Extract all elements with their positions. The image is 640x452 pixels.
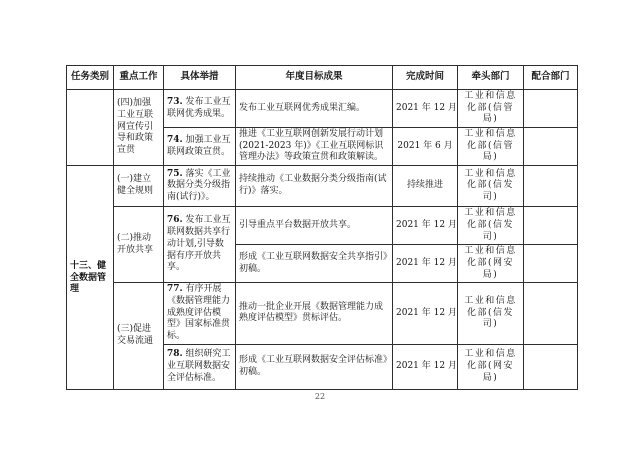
measure-number: 73. [167,97,183,107]
table-row: (三)促进交易流通 77. 有序开展《数据管理能力成熟度评估模型》国家标准贯标。… [67,283,578,344]
deadline-cell: 2021 年 12 月 [393,245,458,283]
target-cell: 推动一批企业开展《数据管理能力成熟度评估模型》贯标评估。 [236,283,393,344]
header-category: 任务类别 [67,66,114,90]
measure-cell: 77. 有序开展《数据管理能力成熟度评估模型》国家标准贯标。 [164,283,236,344]
header-support: 配合部门 [524,66,578,90]
task-plan-table: 任务类别 重点工作 具体举措 年度目标成果 完成时间 牵头部门 配合部门 (四)… [66,65,578,390]
lead-dept-cell: 工业和信息化部(信管局) [458,90,524,128]
support-dept-cell [524,207,578,245]
measure-cell: 75. 落实《工业数据分类分级指南(试行)》。 [164,166,236,207]
target-cell: 持续推动《工业数据分类分级指南(试行)》落实。 [236,166,393,207]
work-cell: (二)推动开放共享 [114,207,164,283]
table-row: (二)推动开放共享 76. 发布工业互联网数据共享行动计划,引导数据有序开放共享… [67,207,578,245]
table-row: (四)加强工业互联网宣传引导和政策宣贯 73. 发布工业互联网优秀成果。 发布工… [67,90,578,128]
category-cell-empty [67,90,114,166]
support-dept-cell [524,283,578,344]
measure-cell: 78. 组织研究工业互联网数据安全评估标准。 [164,344,236,389]
deadline-cell: 2021 年 6 月 [393,128,458,166]
measure-number: 78. [167,349,183,359]
lead-dept-cell: 工业和信息化部(信管局) [458,128,524,166]
target-cell: 形成《工业互联网数据安全评估标准》初稿。 [236,344,393,389]
page-number: 22 [0,392,640,401]
category-cell: 十三、健全数据管理 [67,166,114,390]
lead-dept-cell: 工业和信息化部(信发司) [458,283,524,344]
support-dept-cell [524,128,578,166]
measure-number: 75. [167,169,183,179]
target-cell: 形成《工业互联网数据安全共享指引》初稿。 [236,245,393,283]
target-cell: 引导重点平台数据开放共享。 [236,207,393,245]
deadline-cell: 2021 年 12 月 [393,344,458,389]
support-dept-cell [524,166,578,207]
support-dept-cell [524,245,578,283]
measure-number: 76. [167,215,183,225]
header-target: 年度目标成果 [236,66,393,90]
deadline-cell: 2021 年 12 月 [393,90,458,128]
measure-number: 77. [167,284,183,294]
measure-cell: 74. 加强工业互联网政策宣贯。 [164,128,236,166]
target-cell: 推进《工业互联网创新发展行动计划(2021-2023 年)》《工业互联网标识管理… [236,128,393,166]
deadline-cell: 2021 年 12 月 [393,283,458,344]
header-work: 重点工作 [114,66,164,90]
lead-dept-cell: 工业和信息化部(信发司) [458,166,524,207]
work-cell: (一)建立健全规则 [114,166,164,207]
support-dept-cell [524,90,578,128]
target-cell: 发布工业互联网优秀成果汇编。 [236,90,393,128]
support-dept-cell [524,344,578,389]
measure-cell: 73. 发布工业互联网优秀成果。 [164,90,236,128]
header-deadline: 完成时间 [393,66,458,90]
lead-dept-cell: 工业和信息化部(信发司) [458,207,524,245]
document-page: 任务类别 重点工作 具体举措 年度目标成果 完成时间 牵头部门 配合部门 (四)… [0,0,640,452]
deadline-cell: 持续推进 [393,166,458,207]
measure-number: 74. [167,135,183,145]
work-cell: (四)加强工业互联网宣传引导和政策宣贯 [114,90,164,166]
lead-dept-cell: 工业和信息化部(网安局) [458,344,524,389]
deadline-cell: 2021 年 12 月 [393,207,458,245]
measure-cell: 76. 发布工业互联网数据共享行动计划,引导数据有序开放共享。 [164,207,236,283]
table-row: 十三、健全数据管理 (一)建立健全规则 75. 落实《工业数据分类分级指南(试行… [67,166,578,207]
work-cell: (三)促进交易流通 [114,283,164,389]
lead-dept-cell: 工业和信息化部(网安局) [458,245,524,283]
header-lead: 牵头部门 [458,66,524,90]
header-measure: 具体举措 [164,66,236,90]
table-header-row: 任务类别 重点工作 具体举措 年度目标成果 完成时间 牵头部门 配合部门 [67,66,578,90]
